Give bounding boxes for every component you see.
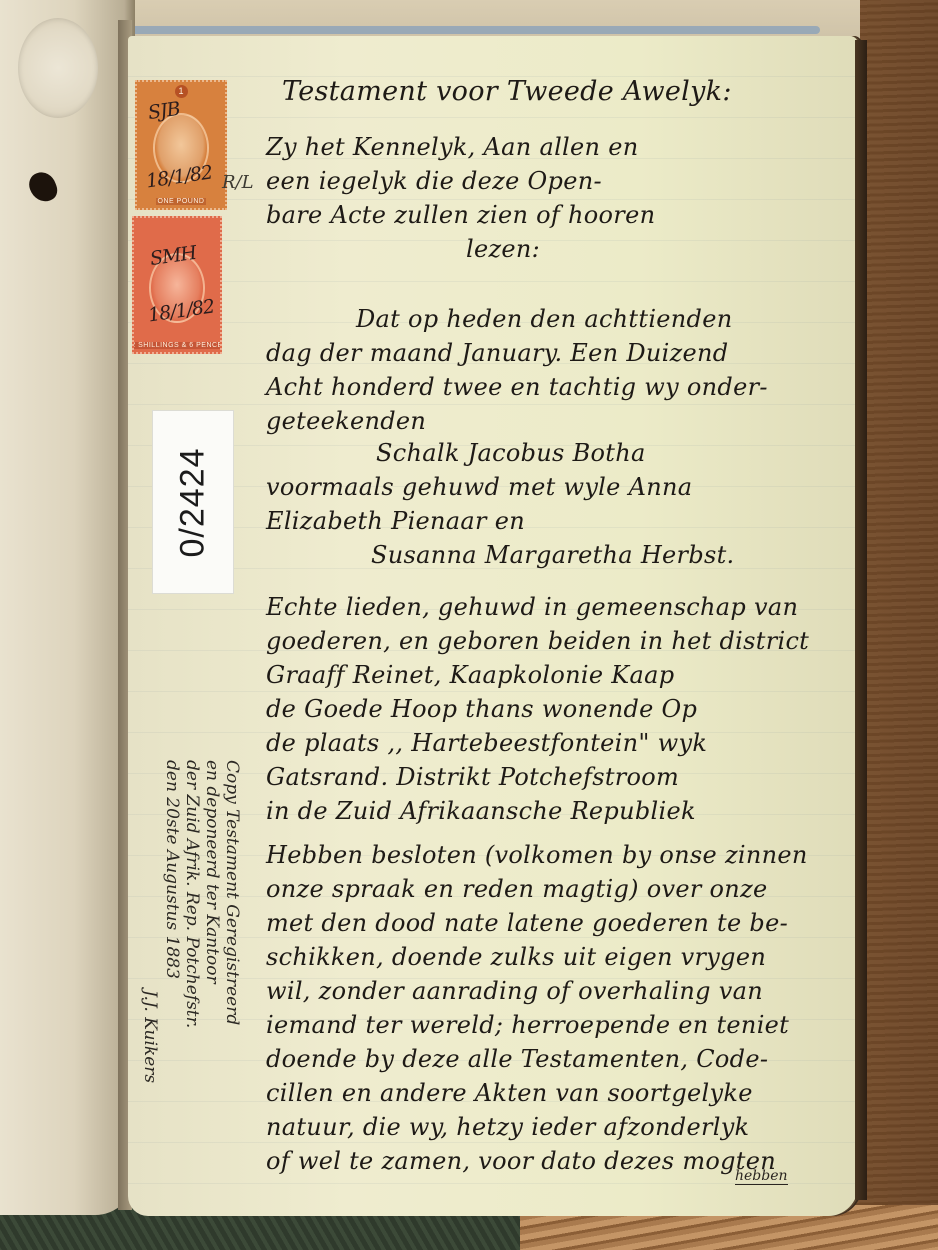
page-edge [855, 40, 867, 1200]
text-line: natuur, die wy, hetzy ieder afzonderlyk [266, 1110, 808, 1144]
document-title: Testament voor Tweede Awelyk: [282, 76, 732, 107]
text-line: met den dood nate latene goederen te be- [266, 906, 808, 940]
stamp-cancel-initials: SJB [147, 98, 181, 124]
text-line: Acht honderd twee en tachtig wy onder- [266, 370, 768, 404]
embossed-seal-icon [18, 18, 98, 118]
paragraph-date: Dat op heden den achttienden dag der maa… [266, 302, 768, 438]
text-line: de Goede Hoop thans wonende Op [266, 692, 809, 726]
text-line: iemand ter wereld; herroepende en teniet [266, 1008, 808, 1042]
text-line: Hebben besloten (volkomen by onse zinnen [266, 838, 808, 872]
text-line: Graaff Reinet, Kaapkolonie Kaap [266, 658, 809, 692]
blue-page-edge [130, 26, 820, 34]
margin-note-line: en deponeerd ter Kantoor [202, 760, 222, 984]
text-line: Echte lieden, gehuwd in gemeenschap van [266, 590, 809, 624]
paragraph-opening: Zy het Kennelyk, Aan allen en een iegely… [266, 130, 655, 266]
revenue-stamp-2s6d: 2 Shillings & 6 Pence [132, 216, 222, 354]
text-line: voormaals gehuwd met wyle Anna [266, 470, 734, 504]
text-line: geteekenden [266, 404, 768, 438]
stamp-denomination: 2 Shillings & 6 Pence [132, 342, 222, 349]
text-line: cillen en andere Akten van soortgelyke [266, 1076, 808, 1110]
text-line: of wel te zamen, voor dato dezes mogten [266, 1144, 808, 1178]
margin-note-signature: J.J. Kuikers [140, 990, 160, 1083]
margin-note-line: Copy Testament Geregistreerd [222, 760, 242, 1025]
text-line: de plaats ,, Hartebeestfontein" wyk [266, 726, 809, 760]
archive-reference-label: 0/2424 [152, 410, 234, 594]
text-line: wil, zonder aanrading of overhaling van [266, 974, 808, 1008]
text-line: doende by deze alle Testamenten, Code- [266, 1042, 808, 1076]
testator-name-1: Schalk Jacobus Botha [266, 436, 734, 470]
archive-number: 0/2424 [174, 447, 213, 557]
margin-note-line: den 20ste Augustus 1883 [162, 760, 182, 979]
paragraph-residence: Echte lieden, gehuwd in gemeenschap van … [266, 590, 809, 828]
text-line: lezen: [266, 232, 655, 266]
paragraph-declaration: Hebben besloten (volkomen by onse zinnen… [266, 838, 808, 1178]
margin-note-line: der Zuid Afrik. Rep. Potchefstr. [182, 760, 202, 1028]
text-line: schikken, doende zulks uit eigen vrygen [266, 940, 808, 974]
stamp-denomination: One Pound [156, 198, 207, 205]
left-page [0, 0, 135, 1215]
text-line: onze spraak en reden magtig) over onze [266, 872, 808, 906]
paper-hole [26, 168, 61, 205]
photo-scene: 1 One Pound SJB 18/1/82 2 Shillings & 6 … [0, 0, 938, 1250]
text-line: Dat op heden den achttienden [266, 302, 768, 336]
text-line: bare Acte zullen zien of hooren [266, 198, 655, 232]
paragraph-names: Schalk Jacobus Botha voormaals gehuwd me… [266, 436, 734, 572]
text-line: in de Zuid Afrikaansche Republiek [266, 794, 809, 828]
text-line: Gatsrand. Distrikt Potchefstroom [266, 760, 809, 794]
testator-name-2: Susanna Margaretha Herbst. [266, 538, 734, 572]
text-line: Elizabeth Pienaar en [266, 504, 734, 538]
margin-mark: R/L [222, 172, 254, 193]
margin-registration-note: Copy Testament Geregistreerd en deponeer… [130, 760, 270, 1200]
text-line: goederen, en geboren beiden in het distr… [266, 624, 809, 658]
stacked-pages-top [120, 0, 860, 40]
text-line: een iegelyk die deze Open- [266, 164, 655, 198]
text-line: Zy het Kennelyk, Aan allen en [266, 130, 655, 164]
catchword: hebben [735, 1168, 788, 1185]
stamp-value: 1 [175, 85, 188, 98]
text-line: dag der maand January. Een Duizend [266, 336, 768, 370]
